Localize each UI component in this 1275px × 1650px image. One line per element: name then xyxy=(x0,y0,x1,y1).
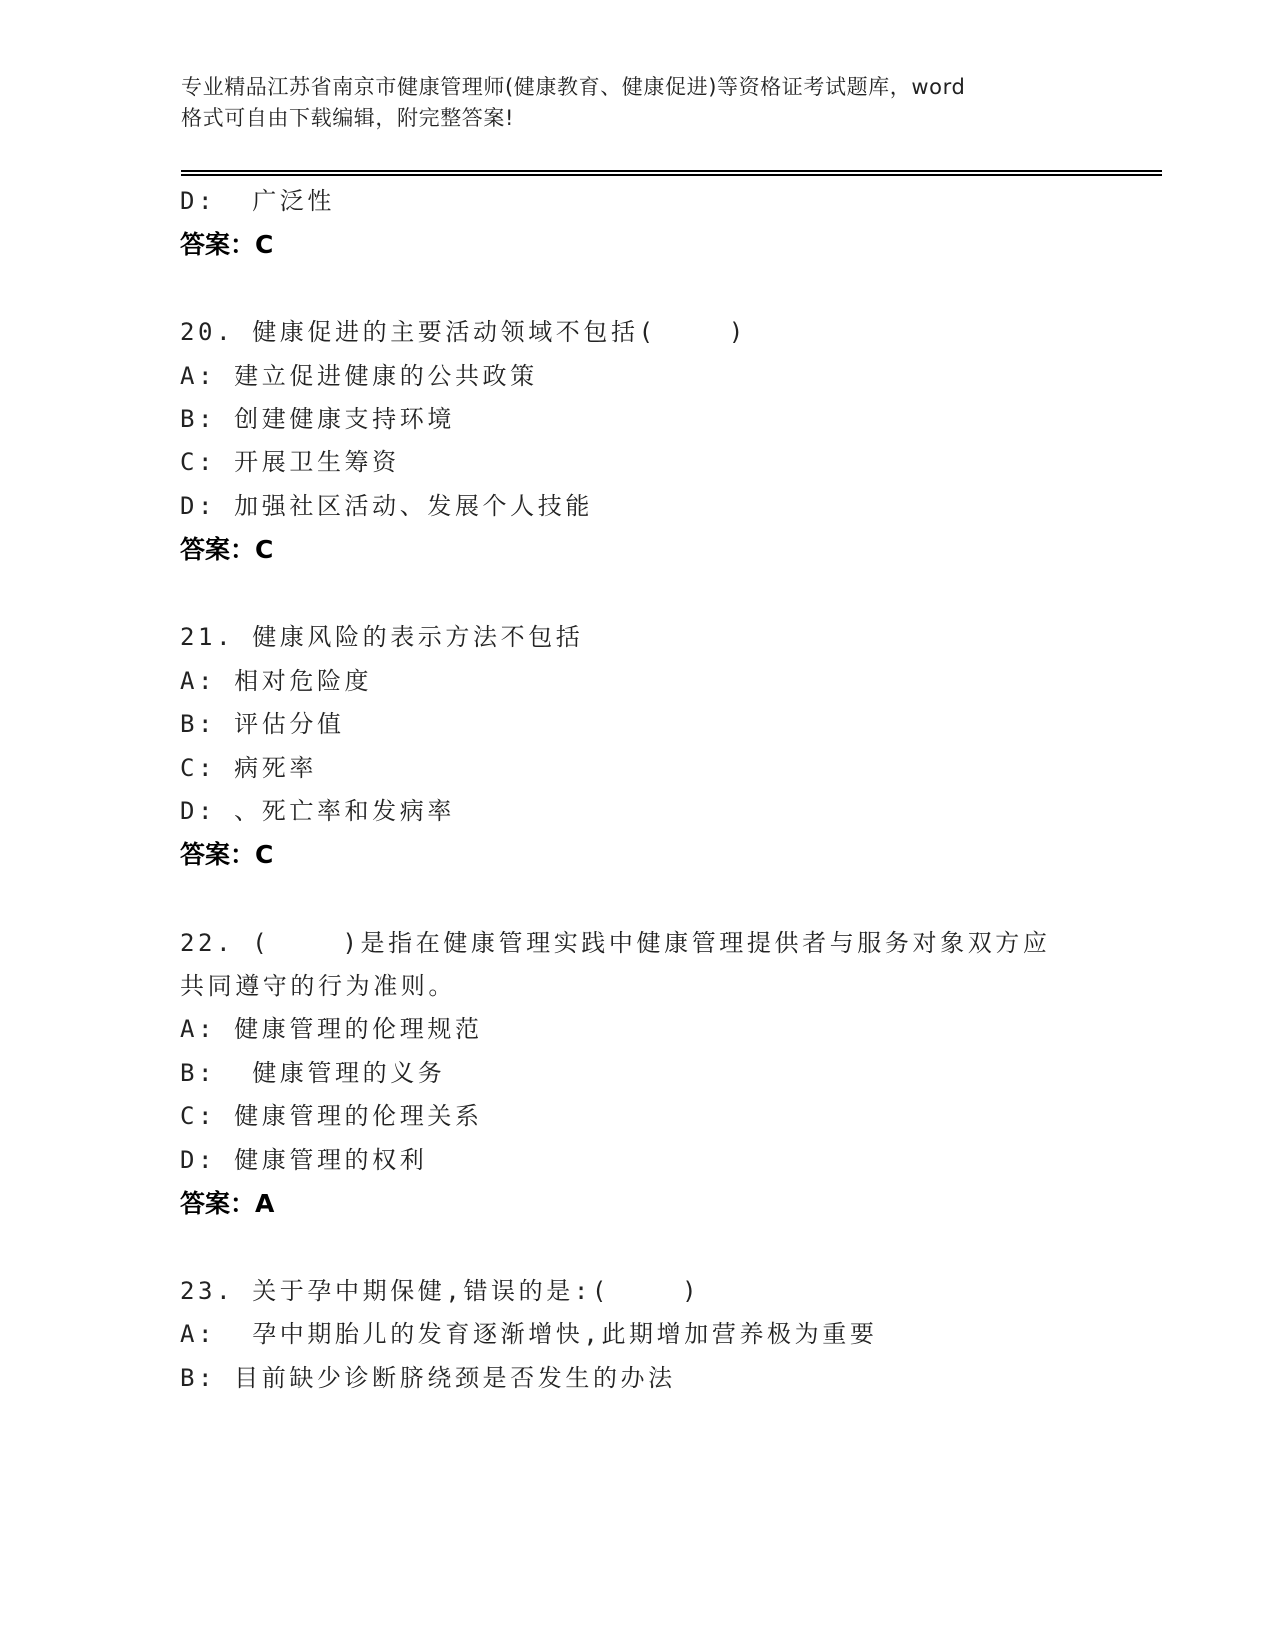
prev-answer: 答案：C xyxy=(180,230,273,260)
question-22-answer: 答案：A xyxy=(180,1189,274,1219)
question-22-option-d: D: 健康管理的权利 xyxy=(180,1145,427,1175)
header-title-line-2: 格式可自由下载编辑，附完整答案! xyxy=(181,105,514,131)
question-22-stem-line-1: 22. ( )是指在健康管理实践中健康管理提供者与服务对象双方应 xyxy=(180,928,1051,958)
question-21-stem: 21. 健康风险的表示方法不包括 xyxy=(180,622,583,652)
question-22-option-b: B: 健康管理的义务 xyxy=(180,1058,445,1088)
question-23-option-b: B: 目前缺少诊断脐绕颈是否发生的办法 xyxy=(180,1363,676,1393)
document-page: 专业精品江苏省南京市健康管理师(健康教育、健康促进)等资格证考试题库，word … xyxy=(0,0,1275,1650)
question-20-option-c: C: 开展卫生筹资 xyxy=(180,447,400,477)
question-22-option-c: C: 健康管理的伦理关系 xyxy=(180,1101,483,1131)
question-20-option-b: B: 创建健康支持环境 xyxy=(180,404,455,434)
question-21-answer: 答案：C xyxy=(180,840,273,870)
prev-option-d: D: 广泛性 xyxy=(180,186,335,216)
question-21-option-c: C: 病死率 xyxy=(180,753,317,783)
header-title-line-1: 专业精品江苏省南京市健康管理师(健康教育、健康促进)等资格证考试题库，word xyxy=(181,74,965,100)
header-rule-top xyxy=(181,170,1162,172)
question-20-option-d: D: 加强社区活动、发展个人技能 xyxy=(180,491,593,521)
header-rule-bottom xyxy=(181,174,1162,176)
question-23-stem: 23. 关于孕中期保健,错误的是:( ) xyxy=(180,1276,700,1306)
question-23-option-a: A: 孕中期胎儿的发育逐渐增快,此期增加营养极为重要 xyxy=(180,1319,877,1349)
question-22-stem-line-2: 共同遵守的行为准则。 xyxy=(180,971,456,1001)
question-20-answer: 答案：C xyxy=(180,535,273,565)
question-20-stem: 20. 健康促进的主要活动领域不包括( ) xyxy=(180,317,747,347)
question-21-option-a: A: 相对危险度 xyxy=(180,666,372,696)
question-21-option-d: D: 、死亡率和发病率 xyxy=(180,796,455,826)
question-20-option-a: A: 建立促进健康的公共政策 xyxy=(180,361,538,391)
question-22-option-a: A: 健康管理的伦理规范 xyxy=(180,1014,483,1044)
question-21-option-b: B: 评估分值 xyxy=(180,709,345,739)
